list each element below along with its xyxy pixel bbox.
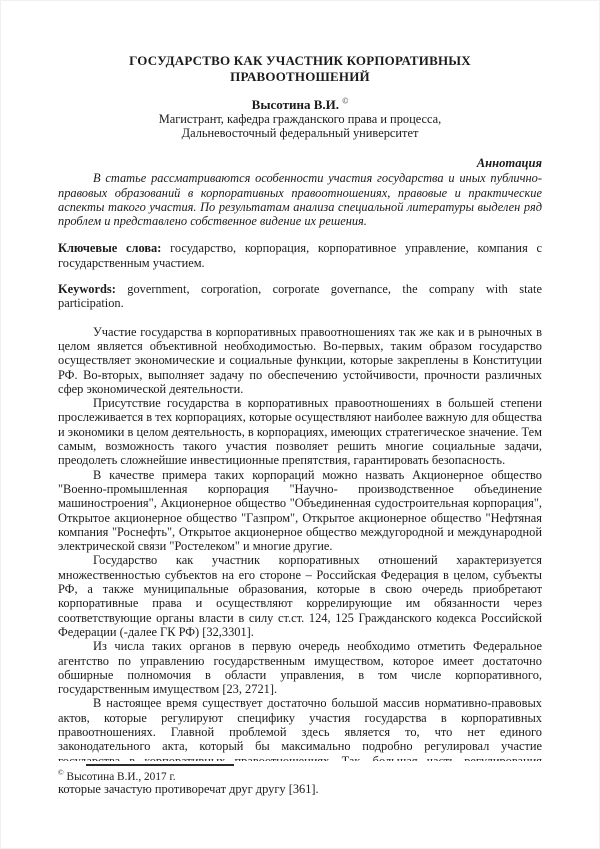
keywords-en-line: Keywords: government, corporation, corpo…	[58, 282, 542, 311]
author-copyright-mark: ©	[342, 97, 348, 106]
keywords-en-label: Keywords:	[58, 282, 116, 296]
footnote-text: Высотина В.И., 2017 г.	[67, 771, 176, 783]
keywords-ru-label: Ключевые слова:	[58, 241, 161, 255]
body-paragraph: Государство как участник корпоративных о…	[58, 553, 542, 639]
author-line: Высотина В.И. ©	[58, 97, 542, 112]
affiliation-line-2: Дальневосточный федеральный университет	[58, 126, 542, 140]
body-paragraph: В качестве примера таких корпораций можн…	[58, 468, 542, 554]
keywords-ru-line: Ключевые слова: государство, корпорация,…	[58, 241, 542, 270]
author-name: Высотина В.И.	[252, 97, 339, 112]
body-paragraph: Из числа таких органов в первую очередь …	[58, 639, 542, 696]
abstract-paragraph: В статье рассматриваются особенности уча…	[58, 171, 542, 228]
affiliation-line-1: Магистрант, кафедра гражданского права и…	[58, 112, 542, 126]
footnote-separator	[86, 764, 234, 766]
footnote-copyright-mark: ©	[58, 768, 64, 777]
keywords-en-text: government, corporation, corporate gover…	[58, 282, 542, 310]
page-title: ГОСУДАРСТВО КАК УЧАСТНИК КОРПОРАТИВНЫХ П…	[58, 53, 542, 85]
annotation-heading: Аннотация	[58, 156, 542, 170]
footnote-area: © Высотина В.И., 2017 г.	[58, 761, 545, 784]
document-page: ГОСУДАРСТВО КАК УЧАСТНИК КОРПОРАТИВНЫХ П…	[0, 0, 600, 849]
article-body: Участие государства в корпоративных прав…	[58, 325, 542, 797]
body-paragraph: Присутствие государства в корпоративных …	[58, 396, 542, 467]
body-paragraph: Участие государства в корпоративных прав…	[58, 325, 542, 396]
footnote: © Высотина В.И., 2017 г.	[58, 771, 545, 784]
